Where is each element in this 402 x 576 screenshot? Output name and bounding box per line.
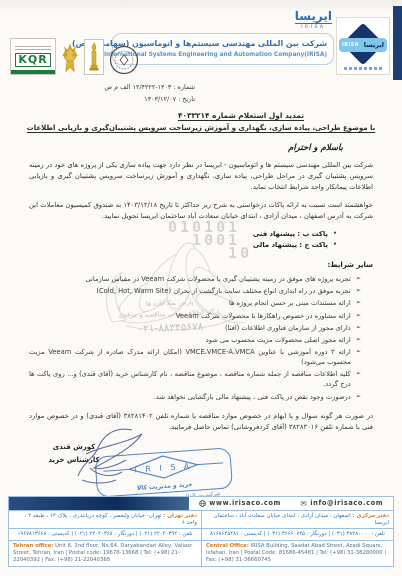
salutation: باسلام و احترام xyxy=(29,143,343,153)
cert-small-text-lines xyxy=(15,46,50,51)
condition-item: ➢ دارای مجوز از سازمان فناوری اطلاعات (ا… xyxy=(29,323,361,333)
letter-title-row: تمدید اول استعلام شماره ۴۰۳۳۲۱۴ xyxy=(0,111,402,120)
award-rosette-icon xyxy=(61,43,79,75)
tehran-office-en-label: Tehran office: xyxy=(13,543,53,549)
arrow-bullet-icon: ➢ xyxy=(356,392,361,402)
tehran-office-fa-label: دفتر تهران : xyxy=(163,513,197,519)
footer-navy-bar xyxy=(9,497,189,510)
condition-item: ➢ تجربه پروژه های موفق در زمینه پشتیبان … xyxy=(29,274,361,284)
central-office-en-label: Central Office: xyxy=(206,543,249,549)
company-name-en: International Systems Engineering and Au… xyxy=(119,51,327,60)
condition-item: ➢ کلیه اطلاعات مناقصه از جمله شماره مناق… xyxy=(29,369,361,389)
website-item: www.irisaco.com xyxy=(199,499,281,507)
arrow-bullet-icon: ➢ xyxy=(356,369,361,389)
letter-meta: شماره : ۱۴۰۳-۱۲/۴۲۲۲ الف م ص تاریخ : ۱۴۰… xyxy=(55,81,195,105)
round-seal-icon xyxy=(109,45,139,75)
tehran-office-en: Tehran office: Unit 6, 2nd floor, No.64,… xyxy=(9,541,201,566)
envelope-list: • پاکت ب : پیشنهاد فنی • پاکت ج : پیشنها… xyxy=(29,229,337,250)
footer-fa-phone-row: تلفن : ۲۲۰۴۰۳۹۲ (۰۲۱) | دورنگار : ۲۲۰۴۰۳… xyxy=(9,529,393,541)
logo-band-fa: ایریسا xyxy=(364,41,384,49)
footer-fa-address-row: دفتر تهران : تهران- خیابان ولیعصر ، کوچه… xyxy=(9,511,393,530)
arrow-bullet-icon: ➢ xyxy=(356,347,361,367)
conditions-list: ➢ تجربه پروژه های موفق در زمینه پشتیبان … xyxy=(29,274,361,402)
logo-band-en: IRISA xyxy=(342,43,359,48)
envelope-label: پاکت ج : پیشنهاد مالی xyxy=(253,240,328,251)
envelope-item: • پاکت ج : پیشنهاد مالی xyxy=(29,240,337,251)
certification-logos: KQR xyxy=(10,38,139,75)
condition-text: کلیه اطلاعات مناقصه از جمله شماره مناقصه… xyxy=(29,369,351,389)
envelope-label: پاکت ب : پیشنهاد فنی xyxy=(253,229,328,240)
header-edge-bar xyxy=(393,6,402,80)
condition-text: تجربه پروژه های موفق در زمینه پشتیبان گی… xyxy=(85,274,350,284)
email-item: ✉ info@irisaco.com xyxy=(300,499,383,508)
condition-text: ارائه مجوز اصلی محصولات مزیت محسوب می شو… xyxy=(206,335,351,345)
footer-contact-strip: www.irisaco.com ✉ info@irisaco.com xyxy=(189,497,393,510)
wordmark-en: IRISA xyxy=(295,23,332,30)
letter-title: تمدید اول استعلام شماره ۴۰۳۳۲۱۴ xyxy=(178,111,304,120)
kqr-cert-logo: KQR xyxy=(10,38,56,75)
handwritten-signature xyxy=(72,424,158,488)
company-name-fa: شرکت بین المللی مهندسی سیستم‌ها و اتوماس… xyxy=(119,38,327,49)
envelope-icon: ✉ xyxy=(300,499,307,508)
central-office-en: Central Office: IRISA Building, Saadat A… xyxy=(201,541,393,566)
arrow-bullet-icon: ➢ xyxy=(356,274,361,284)
kqr-letters: KQR xyxy=(15,53,50,67)
irisa-logo: ایریسا IRISA xyxy=(336,17,390,75)
condition-item: ➢ ارائه مجوز اصلی محصولات مزیت محسوب می … xyxy=(29,335,361,345)
condition-item: ➢ ارائه مستندات مبنی بر حسن انجام پروژه … xyxy=(29,298,361,308)
tehran-office-fa: دفتر تهران : تهران- خیابان ولیعصر ، کوچه… xyxy=(9,511,201,529)
bullet-icon: • xyxy=(333,229,337,240)
letter-number: شماره : ۱۴۰۳-۱۲/۴۲۲۲ الف م ص xyxy=(55,81,195,93)
central-office-fa: دفتر مرکزی : اصفهان ، میدان آزادی ، ابتد… xyxy=(201,511,393,529)
condition-item: ➢ ارائه مشاوره در خصوص راهکارها با محصول… xyxy=(29,311,361,321)
arrow-bullet-icon: ➢ xyxy=(356,335,361,345)
letter-body: باسلام و احترام شرکت بین المللی مهندسی س… xyxy=(29,143,373,433)
condition-item: ➢ درصورت وجود نقص در پاکت فنی ، پیشنهاد … xyxy=(29,392,361,402)
globe-icon xyxy=(199,500,206,507)
footer-en-row: Tehran office: Unit 6, 2nd floor, No.64,… xyxy=(9,541,393,566)
condition-text: ارائه ۳ دوره آموزشی با عناوین VMCE،VMCE-… xyxy=(29,347,351,367)
irisa-logo-band: ایریسا IRISA xyxy=(339,38,387,52)
scanned-letter-page: ایریسا IRISA ایریسا IRISA شرکت بین الملل… xyxy=(0,0,402,576)
letter-subject-row: با موضوع طراحی، پیاده سازی، نگهداری و آم… xyxy=(0,124,402,132)
condition-item: ➢ تجربه موفق در راه اندازی انواع مختلف س… xyxy=(29,286,361,296)
condition-text: ارائه مشاوره در خصوص راهکارها با محصولات… xyxy=(176,311,351,321)
wordmark-fa: ایریسا xyxy=(295,10,332,22)
tehran-phones-fa: تلفن : ۲۲۰۴۰۳۹۲ (۰۲۱) | دورنگار : ۲۲۰۴۰۳… xyxy=(9,529,201,540)
arrow-bullet-icon: ➢ xyxy=(356,323,361,333)
trophy-logo-frame xyxy=(84,39,104,75)
bullet-icon: • xyxy=(333,240,337,251)
email-address: info@irisaco.com xyxy=(310,499,383,507)
letter-date: تاریخ : ۱۴۰۳/۱۲/۰۷ xyxy=(55,93,195,105)
footer-contact-table: www.irisaco.com ✉ info@irisaco.com دفتر … xyxy=(8,496,394,567)
paragraph-request: خواهشمند است نسبت به ارائه پاکات درخواست… xyxy=(29,200,373,222)
condition-text: دارای مجوز از سازمان فناوری اطلاعات (افت… xyxy=(225,323,351,333)
arrow-bullet-icon: ➢ xyxy=(356,298,361,308)
arrow-bullet-icon: ➢ xyxy=(356,311,361,321)
trophy-icon xyxy=(88,42,100,72)
cert-green-strip xyxy=(11,70,55,74)
central-phones-fa: تلفن : ۳۸۲۸۰۰۰۰ (۰۳۱) | دورنگار : ۳۶۶۶۰۷… xyxy=(201,529,393,540)
conditions-heading: سایر شرایط: xyxy=(29,261,373,269)
condition-item: ➢ ارائه ۳ دوره آموزشی با عناوین VMCE،VMC… xyxy=(29,347,361,367)
condition-text: ارائه مستندات مبنی بر حسن انجام پروژه ها xyxy=(229,298,351,308)
condition-text: درصورت وجود نقص در پاکت فنی ، پیشنهاد ما… xyxy=(154,392,351,402)
letter-subject: با موضوع طراحی، پیاده سازی، نگهداری و آم… xyxy=(27,124,376,132)
footer-web-row: www.irisaco.com ✉ info@irisaco.com xyxy=(9,497,393,511)
irisa-wordmark: ایریسا IRISA xyxy=(295,10,332,30)
logo-registration-line xyxy=(344,67,382,70)
central-office-fa-label: دفتر مرکزی : xyxy=(352,513,389,519)
company-name-box: شرکت بین المللی مهندسی سیستم‌ها و اتوماس… xyxy=(112,33,334,65)
arrow-bullet-icon: ➢ xyxy=(356,286,361,296)
website-url: www.irisaco.com xyxy=(209,499,281,507)
envelope-item: • پاکت ب : پیشنهاد فنی xyxy=(29,229,337,240)
paragraph-intro: شرکت بین المللی مهندسی سیستم ها و اتوماس… xyxy=(29,160,373,194)
condition-text: تجربه موفق در راه اندازی انواع مختلف سای… xyxy=(96,286,350,296)
